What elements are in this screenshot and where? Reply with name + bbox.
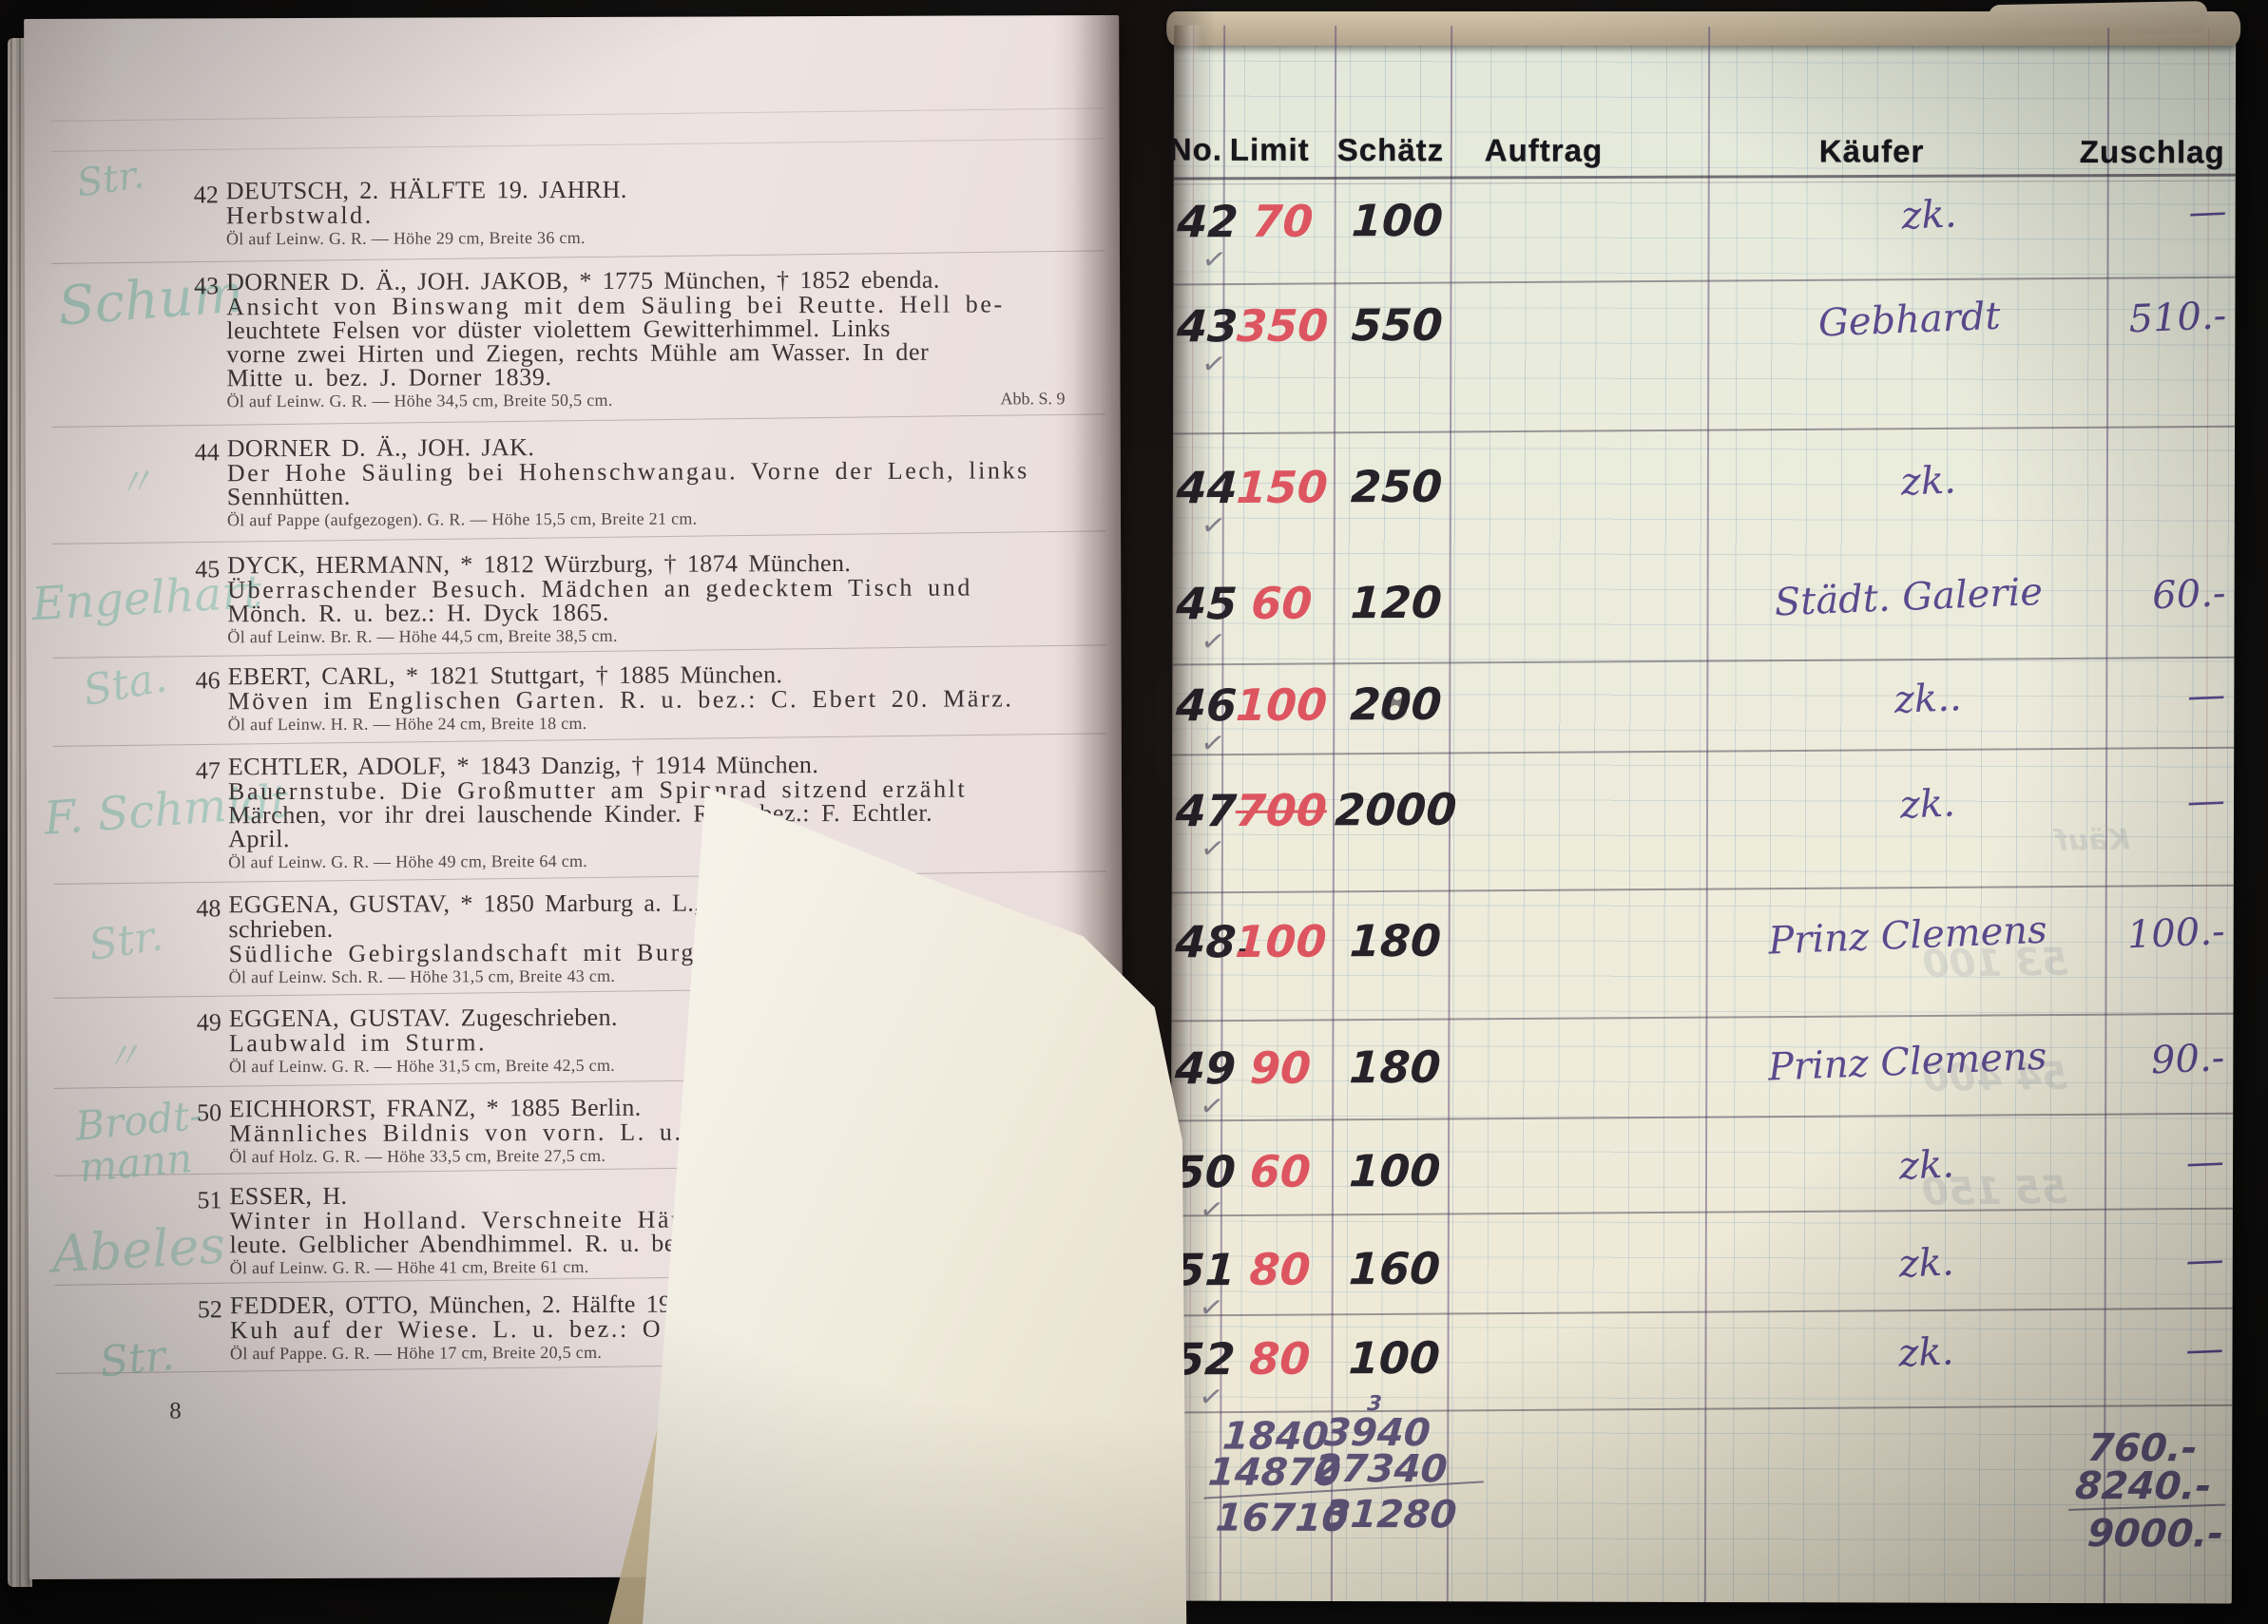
catalog-entry-number: 43 bbox=[177, 272, 219, 300]
catalog-entries: 42DEUTSCH, 2. HÄLFTE 19. JAHRH.Herbstwal… bbox=[24, 15, 1119, 19]
margin-note: Str. bbox=[74, 155, 146, 204]
catalog-entry-line: vorne zwei Hirten und Ziegen, rechts Müh… bbox=[226, 339, 1084, 366]
ledger-row: 44✓150250zk. bbox=[1173, 456, 2236, 550]
estimate-value: 120 bbox=[1331, 577, 1461, 629]
hammer-price-value: — bbox=[2091, 673, 2226, 722]
buyer-value: Städt. Galerie bbox=[1697, 567, 2122, 628]
buyer-value: zk. bbox=[1829, 189, 2030, 241]
catalog-entry-dimensions: Öl auf Leinw. Sch. R. — Höhe 31,5 cm, Br… bbox=[229, 966, 616, 986]
total-hammer-sum: 9000.- bbox=[2085, 1512, 2224, 1556]
entry-separator-line bbox=[53, 733, 1106, 747]
estimate-value: 200 bbox=[1331, 678, 1461, 731]
limit-value: 70 bbox=[1229, 195, 1336, 247]
catalog-entry: 43DORNER D. Ä., JOH. JAKOB, * 1775 Münch… bbox=[226, 267, 1085, 411]
limit-value: 700 bbox=[1228, 784, 1335, 836]
limit-value: 80 bbox=[1226, 1243, 1333, 1295]
hammer-price-value: — bbox=[2089, 1327, 2224, 1376]
estimate-value: 100 bbox=[1330, 1145, 1460, 1197]
catalog-entry-dimensions-row: Öl auf Leinw. G. R. — Höhe 34,5 cm, Brei… bbox=[227, 389, 1085, 411]
buyer-value: zk. bbox=[1828, 455, 2029, 507]
margin-note: Sta. bbox=[80, 656, 170, 714]
ledger-row: 43✓350550Gebhardt510.- bbox=[1173, 295, 2236, 389]
catalog-entry-number: 47 bbox=[179, 756, 221, 785]
estimate-value: 180 bbox=[1330, 915, 1460, 967]
tape-strip-corner bbox=[1989, 1, 2208, 37]
catalog-entry-number: 51 bbox=[180, 1186, 221, 1214]
catalog-entry-dimensions: Öl auf Leinw. Br. R. — Höhe 44,5 cm, Bre… bbox=[227, 626, 617, 646]
catalog-entry: 44DORNER D. Ä., JOH. JAK.Der Hohe Säulin… bbox=[227, 433, 1085, 530]
buyer-value: zk. bbox=[1826, 1139, 2028, 1192]
catalog-entry-number: 42 bbox=[177, 181, 219, 209]
catalog-entry-dimensions: Öl auf Leinw. G. R. — Höhe 41 cm, Breite… bbox=[230, 1257, 589, 1277]
row-separator-line bbox=[1171, 1013, 2233, 1022]
ledger-row: 52✓80100zk.— bbox=[1170, 1328, 2233, 1422]
estimate-value: 250 bbox=[1331, 461, 1461, 513]
catalog-entry: 45DYCK, HERMANN, * 1812 Würzburg, † 1874… bbox=[227, 550, 1085, 647]
catalog-entry-line: Überraschender Besuch. Mädchen an gedeck… bbox=[227, 575, 1085, 602]
estimate-value: 180 bbox=[1330, 1041, 1460, 1094]
hammer-price-value: — bbox=[2090, 1237, 2225, 1287]
illustration-note: Abb. S. 9 bbox=[1000, 389, 1065, 409]
catalog-entry-number: 46 bbox=[179, 666, 221, 695]
entry-separator-line bbox=[52, 413, 1105, 428]
buyer-value: zk. bbox=[1826, 1237, 2028, 1290]
entry-separator-line bbox=[52, 644, 1105, 659]
ledger-row: 49✓90180Prinz Clemens90.- bbox=[1171, 1037, 2234, 1131]
catalog-entry-line: Herbstwald. bbox=[226, 201, 1084, 227]
limit-value: 150 bbox=[1229, 461, 1336, 513]
margin-note: 〃 bbox=[102, 1036, 143, 1079]
catalog-entry-dimensions: Öl auf Leinw. G. R. — Höhe 49 cm, Breite… bbox=[228, 851, 587, 871]
catalog-entry-line: Mönch. R. u. bez.: H. Dyck 1865. bbox=[227, 599, 1085, 625]
estimate-value: 2000 bbox=[1331, 784, 1461, 836]
entry-separator-line bbox=[52, 530, 1105, 545]
catalog-entry-dimensions: Öl auf Leinw. G. R. — Höhe 31,5 cm, Brei… bbox=[229, 1056, 615, 1076]
header-auftrag: Auftrag bbox=[1485, 132, 1603, 168]
catalog-entry: 47ECHTLER, ADOLF, * 1843 Danzig, † 1914 … bbox=[228, 752, 1086, 872]
limit-value: 80 bbox=[1226, 1332, 1333, 1385]
catalog-entry-number: 49 bbox=[180, 1008, 221, 1037]
ledger-row: 51✓80160zk.— bbox=[1170, 1238, 2233, 1332]
catalog-entry-dimensions-row: Öl auf Leinw. G. R. — Höhe 49 cm, Breite… bbox=[228, 850, 1086, 872]
catalog-entry-dimensions: Öl auf Pappe (aufgezogen). G. R. — Höhe … bbox=[227, 509, 698, 530]
catalog-entry-dimensions-row: Öl auf Pappe (aufgezogen). G. R. — Höhe … bbox=[227, 507, 1085, 530]
margin-note: Abeles bbox=[50, 1219, 226, 1283]
catalog-entry-dimensions-row: Öl auf Leinw. Br. R. — Höhe 44,5 cm, Bre… bbox=[227, 624, 1085, 647]
catalog-entry-number: 50 bbox=[180, 1099, 221, 1127]
catalog-entry-number: 45 bbox=[178, 555, 220, 583]
total-estimate-sum: 31280 bbox=[1322, 1493, 1458, 1537]
entry-separator-line bbox=[51, 107, 1105, 122]
header-zuschlag: Zuschlag bbox=[2080, 134, 2225, 170]
header-limit: Limit bbox=[1230, 132, 1310, 168]
catalog-entry-dimensions: Öl auf Pappe. G. R. — Höhe 17 cm, Breite… bbox=[230, 1343, 602, 1363]
buyer-value: Prinz Clemens bbox=[1696, 906, 2121, 966]
margin-note: Str. bbox=[98, 1334, 177, 1385]
limit-value: 60 bbox=[1227, 1145, 1334, 1197]
catalog-entry-line: Mitte u. bez. J. Dorner 1839. bbox=[226, 363, 1084, 390]
hammer-price-value: 60.- bbox=[2092, 571, 2227, 621]
hammer-price-value: — bbox=[2090, 1139, 2225, 1189]
margin-notes: Str.Schum〃EngelhartSta.F. SchmidtStr.〃Br… bbox=[24, 15, 1119, 19]
catalog-entry-dimensions: Öl auf Leinw. G. R. — Höhe 34,5 cm, Brei… bbox=[227, 391, 613, 411]
catalog-entry-line: Der Hohe Säuling bei Hohenschwangau. Vor… bbox=[227, 458, 1085, 485]
buyer-value: zk. bbox=[1825, 1327, 2027, 1379]
entry-separator-line bbox=[53, 870, 1106, 885]
estimate-value: 550 bbox=[1332, 299, 1462, 352]
catalog-entry-dimensions-row: Öl auf Leinw. G. R. — Höhe 29 cm, Breite… bbox=[226, 226, 1084, 249]
page-number: 8 bbox=[169, 1398, 182, 1424]
entry-separator-line bbox=[51, 250, 1105, 264]
catalog-entry-line: Märchen, vor ihr drei lauschende Kinder.… bbox=[228, 800, 1086, 827]
buyer-value: zk. bbox=[1827, 778, 2028, 831]
catalog-entry-heading: DEUTSCH, 2. HÄLFTE 19. JAHRH. bbox=[226, 176, 1084, 203]
catalog-entry: 46EBERT, CARL, * 1821 Stuttgart, † 1885 … bbox=[228, 661, 1086, 735]
total-hammer-addition: 8240.- bbox=[2073, 1464, 2212, 1508]
header-kaeufer: Käufer bbox=[1819, 133, 1925, 169]
hammer-price-value: — bbox=[2091, 778, 2226, 828]
limit-value: 100 bbox=[1227, 915, 1334, 967]
margin-note: Str. bbox=[86, 914, 166, 968]
estimate-value: 100 bbox=[1332, 195, 1462, 247]
catalog-entry: 42DEUTSCH, 2. HÄLFTE 19. JAHRH.Herbstwal… bbox=[226, 176, 1084, 249]
estimate-value: 100 bbox=[1329, 1332, 1459, 1385]
header-schaetz: Schätz bbox=[1337, 132, 1444, 168]
catalog-entry-dimensions: Öl auf Leinw. G. R. — Höhe 29 cm, Breite… bbox=[226, 228, 586, 248]
ledger-row: 45✓60120Städt. Galerie60.- bbox=[1172, 572, 2235, 666]
entry-separator-line bbox=[51, 138, 1105, 152]
catalog-entry-line: Möven im Englischen Garten. R. u. bez.: … bbox=[228, 686, 1086, 713]
catalog-entry-number: 52 bbox=[181, 1295, 222, 1324]
limit-value: 60 bbox=[1228, 577, 1335, 629]
estimate-value: 160 bbox=[1329, 1243, 1459, 1295]
catalog-entry-dimensions: Öl auf Holz. G. R. — Höhe 33,5 cm, Breit… bbox=[229, 1146, 605, 1166]
limit-value: 350 bbox=[1229, 299, 1336, 352]
ledger-row: 48.100180Prinz Clemens100.- bbox=[1171, 910, 2234, 1004]
buyer-value: Gebhardt bbox=[1697, 290, 2122, 351]
hammer-price-value: 90.- bbox=[2090, 1036, 2225, 1085]
catalog-entry-dimensions-row: Öl auf Leinw. H. R. — Höhe 24 cm, Breite… bbox=[228, 712, 1086, 735]
hammer-price-value: 100.- bbox=[2091, 909, 2226, 959]
margin-note: 〃 bbox=[114, 462, 156, 506]
row-separator-line bbox=[1173, 426, 2235, 435]
limit-value: 100 bbox=[1228, 678, 1335, 731]
catalog-entry-number: 44 bbox=[178, 438, 220, 467]
ledger-row: 47✓7002000zk.— bbox=[1172, 779, 2235, 873]
entry-separators bbox=[24, 15, 1119, 19]
header-underline bbox=[1174, 174, 2236, 181]
limit-value: 90 bbox=[1227, 1041, 1334, 1094]
catalog-entry-number: 48 bbox=[179, 894, 221, 923]
ledger-row: 46✓100280200zk..— bbox=[1172, 674, 2235, 768]
catalog-entry-dimensions: Öl auf Leinw. H. R. — Höhe 24 cm, Breite… bbox=[228, 714, 587, 734]
row-separator-line bbox=[1172, 885, 2234, 894]
header-underline-2 bbox=[1174, 181, 2236, 185]
ledger-row: 50✓60100zk.— bbox=[1171, 1140, 2234, 1234]
book-photo: Str.Schum〃EngelhartSta.F. SchmidtStr.〃Br… bbox=[0, 0, 2268, 1624]
ledger-row: 42✓70100zk.— bbox=[1173, 190, 2236, 284]
right-page: Käuf53 10054 40055 150 No.LimitSchätzAuf… bbox=[1170, 26, 2236, 1604]
hammer-price-value: — bbox=[2093, 189, 2228, 239]
buyer-value: zk.. bbox=[1827, 673, 2028, 725]
hammer-price-value: 510.- bbox=[2092, 294, 2227, 343]
buyer-value: Prinz Clemens bbox=[1695, 1032, 2120, 1093]
